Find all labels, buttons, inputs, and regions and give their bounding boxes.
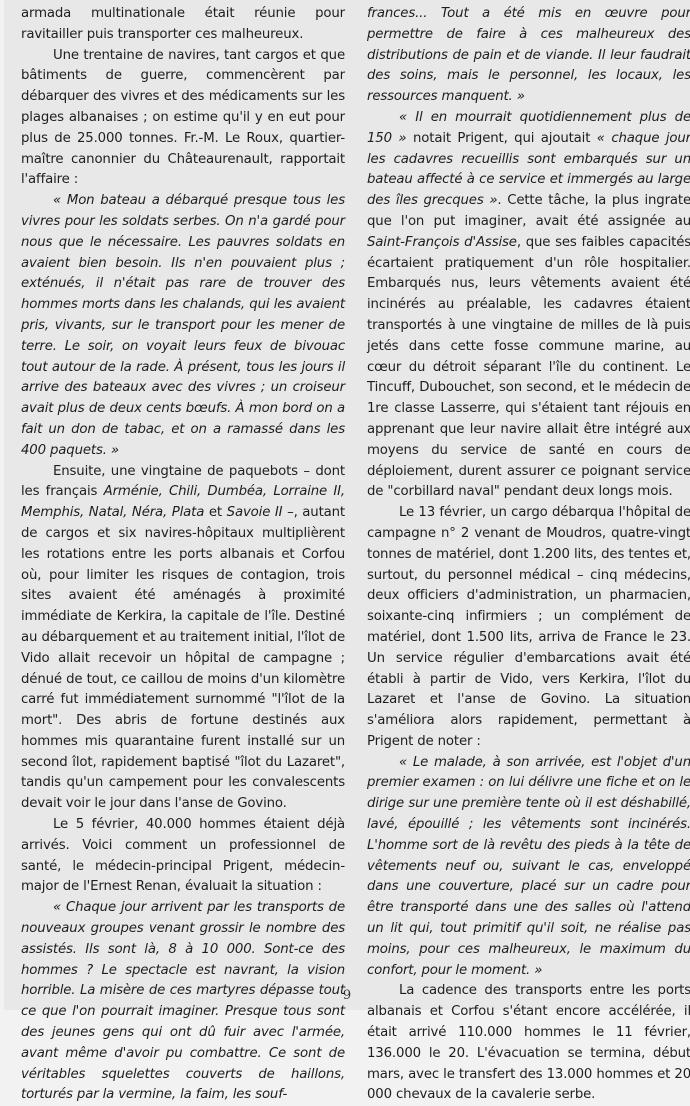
text: notait Prigent, qui ajoutait: [407, 131, 597, 146]
document-page: armada multinationale était réunie pour …: [4, 0, 690, 1010]
paragraph: Le 13 février, un cargo débarqua l'hôpit…: [367, 503, 690, 753]
quote-paragraph: « Le malade, à son arrivée, est l'objet …: [367, 753, 690, 982]
ship-name: Savoie II: [227, 505, 283, 520]
text: et: [204, 505, 226, 520]
left-column: armada multinationale était réunie pour …: [21, 4, 345, 1021]
paragraph: Le 5 février, 40.000 hommes étaient déjà…: [21, 815, 345, 898]
quote-paragraph: frances... Tout a été mis en œuvre pour …: [367, 4, 690, 108]
paragraph: « Il en mourrait quotidiennement plus de…: [367, 108, 690, 503]
quote-paragraph: « Mon bateau a débarqué presque tous les…: [21, 191, 345, 461]
page-number: 9: [4, 988, 690, 1003]
ship-name: Saint-François d'Assise: [367, 235, 517, 250]
paragraph: Ensuite, une vingtaine de paquebots – do…: [21, 462, 345, 816]
paragraph: Une trentaine de navires, tant cargos et…: [21, 46, 345, 192]
paragraph: armada multinationale était réunie pour …: [21, 4, 345, 46]
text: , que ses faibles capacités écartaient p…: [367, 235, 690, 500]
text: –, autant de cargos et six navires-hôpit…: [21, 505, 345, 811]
right-column: frances... Tout a été mis en œuvre pour …: [367, 4, 690, 1021]
